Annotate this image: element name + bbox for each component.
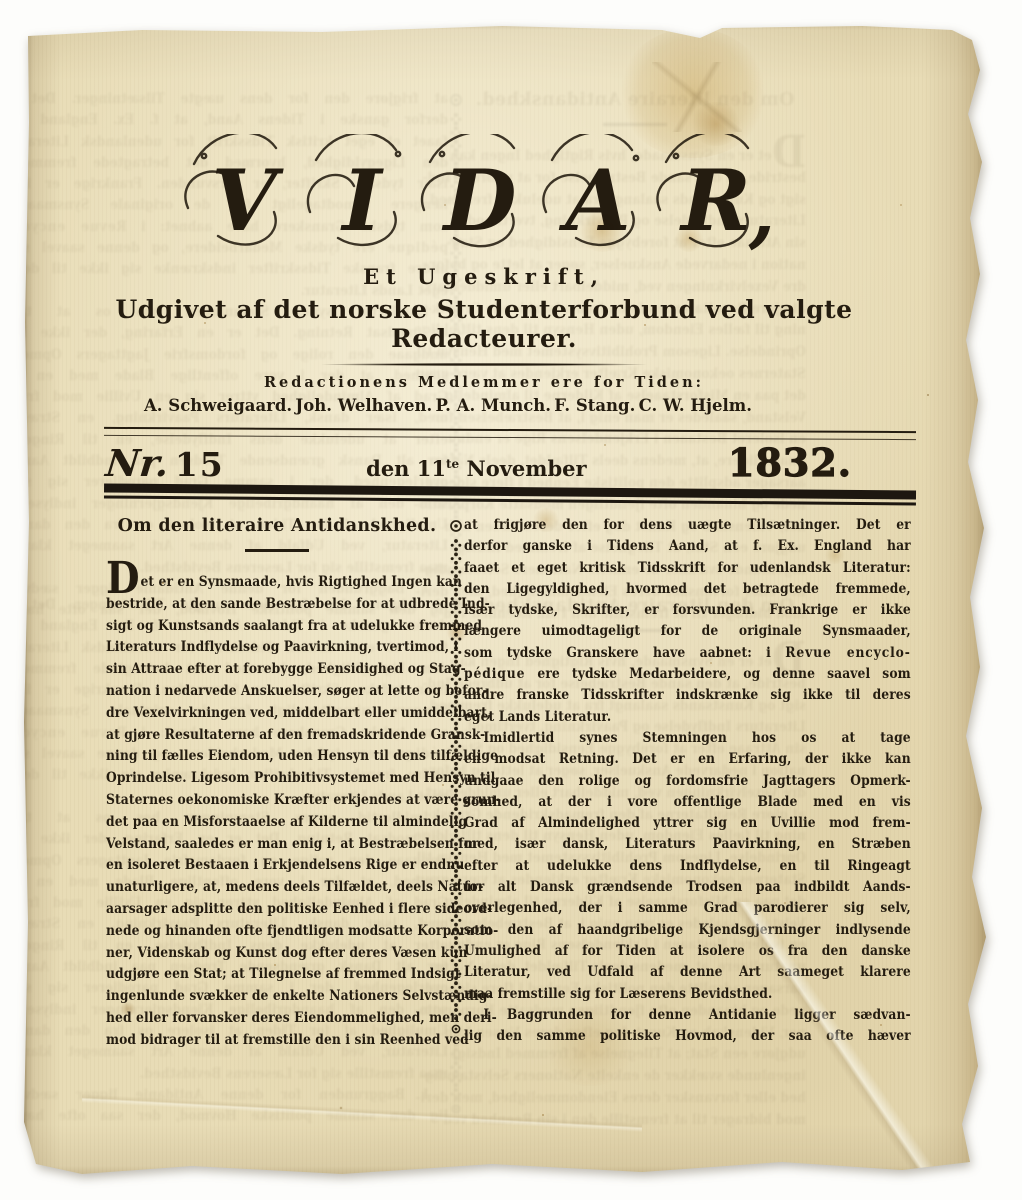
masthead-title-vidar: V I D A R , <box>184 134 784 260</box>
paper-specks <box>22 22 24 24</box>
text-line: aarsager adsplitte den politiske Eenhed … <box>106 899 448 921</box>
title-comma: , <box>748 167 775 256</box>
text-line: Det er en Synsmaade, hvis Rigtighed Inge… <box>106 567 448 594</box>
editor-name: P. A. Munch. <box>435 396 551 415</box>
issue-date-day: den 11 <box>366 456 446 481</box>
issue-date-ordinal: te <box>446 457 459 471</box>
text-line: overlegenhed, der i samme Grad parodiere… <box>464 898 911 919</box>
text-line: at frigjøre den for dens uægte Tilsætnin… <box>464 515 911 536</box>
article: Om den literaire Antidanskhed. Det er en… <box>106 515 862 1052</box>
text-line: ning til fælles Eiendom, uden Hensyn til… <box>106 746 448 768</box>
masthead-heavy-rule <box>104 483 916 505</box>
text-line: Umulighed af for Tiden at isolere os fra… <box>464 941 911 962</box>
editors-caption: Redactionens Medlemmer ere for Tiden: <box>106 374 862 391</box>
text-line: hed eller forvansker deres Eiendommeligh… <box>464 1088 806 1110</box>
editors-row: A. Schweigaard.Joh. Welhaven.P. A. Munch… <box>144 396 752 415</box>
text-line: efter at udelukke dens Indflydelse, en t… <box>464 856 911 877</box>
column-left-text: Det er en Synsmaade, hvis Rigtighed Inge… <box>106 567 448 1052</box>
text-line: udgjøre een Stat; at Tilegnelse af fremm… <box>106 964 448 986</box>
text-line: lig den samme politiske Hovmod, der saa … <box>464 1026 911 1047</box>
text-line: dre Vexelvirkningen ved, middelbart elle… <box>106 703 448 725</box>
text-line: det paa en Misforstaaelse af Kilderne ti… <box>106 812 448 834</box>
issue-date-month: November <box>459 456 586 481</box>
text-line: ner, Videnskab og Kunst dog efter deres … <box>106 943 448 965</box>
column-left: Om den literaire Antidanskhed. Det er en… <box>106 515 448 1052</box>
title-letter: V <box>211 151 284 250</box>
text-line: en isoleret Bestaaen i Erkjendelsens Rig… <box>106 855 448 877</box>
text-line: unaturligere, at, medens deels Tilfældet… <box>106 877 448 899</box>
issue-date: den 11te November <box>225 456 728 481</box>
text-line: med, især dansk, Literaturs Paavirkning,… <box>464 834 911 855</box>
title-letter: I <box>340 151 384 250</box>
column-right: at frigjøre den for dens uægte Tilsætnin… <box>464 515 911 1052</box>
header-double-rule <box>104 427 916 440</box>
text-line: eget Lands Literatur. <box>464 707 911 728</box>
editor-name: A. Schweigaard. <box>144 396 292 415</box>
text-line: I Baggrunden for denne Antidanie ligger … <box>1 1085 448 1106</box>
text-line: lig den samme politiske Hovmod, der saa … <box>1 1106 448 1127</box>
column-right-text: at frigjøre den for dens uægte Tilsætnin… <box>464 515 911 1047</box>
text-line: Staternes oekonomiske Kræfter erkjendes … <box>106 790 448 812</box>
text-line: den Ligegyldighed, hvormed det betragted… <box>464 579 911 600</box>
paper-deckle-edge <box>956 22 990 1182</box>
text-line: mod bidrager til at fremstille den i sin… <box>106 1030 448 1052</box>
paper-shadow-wrap: Om den literaire Antidanskhed. Det er en… <box>0 0 1022 1200</box>
issue-year: 1832. <box>728 440 852 485</box>
text-line: faaet et eget kritisk Tidsskrift for ude… <box>464 558 911 579</box>
drop-cap: D <box>106 553 139 604</box>
text-line: Velstand, saaledes er man enig i, at Bes… <box>106 834 448 856</box>
section-rule <box>319 363 649 366</box>
text-line: som tydske Granskere have aabnet: i Revu… <box>464 643 911 664</box>
title-letter: A <box>558 151 630 250</box>
text-line: Literaturs Indflydelse og Paavirkning, t… <box>106 637 448 659</box>
text-line: andre franske Tidsskrifter indskrænke si… <box>464 685 911 706</box>
text-line: nede og hinanden ofte fjendtligen modsat… <box>106 921 448 943</box>
text-line: for alt Dansk grændsende Trodsen paa ind… <box>464 877 911 898</box>
article-title: Om den literaire Antidanskhed. <box>106 516 448 536</box>
text-line: ingenlunde svækker de enkelte Nationers … <box>464 1066 806 1088</box>
text-line: somhed, at der i vore offentlige Blade m… <box>464 792 911 813</box>
page-content: V I D A R , Et Ugeskrift, Udgivet af det… <box>106 22 862 1052</box>
text-line: mod bidrager til at fremstille den i sin… <box>464 1110 806 1132</box>
text-line: Imidlertid synes Stemningen hos os at ta… <box>464 728 911 749</box>
subtitle: Et Ugeskrift, <box>106 264 862 289</box>
text-line: derfor ganske i Tidens Aand, at f. Ex. E… <box>464 536 911 557</box>
newspaper-page: Om den literaire Antidanskhed. Det er en… <box>22 22 990 1182</box>
text-line: pédique ere tydske Medarbeidere, og denn… <box>464 664 911 685</box>
issue-number: Nr.15 <box>106 441 225 485</box>
text-line: Literatur, ved Udfald af denne Art saame… <box>464 962 911 983</box>
paper-left-edge <box>22 22 34 1182</box>
text-line: en modsat Retning. Det er en Erfaring, d… <box>464 749 911 770</box>
text-line: undgaae den rolige og fordomsfrie Jagtta… <box>464 771 911 792</box>
text-line: bestride, at den sande Bestræbelse for a… <box>106 594 448 616</box>
text-line: at gjøre Resultaterne af den fremadskrid… <box>106 725 448 747</box>
text-line: som den af haandgribelige Kjendsgjerning… <box>464 920 911 941</box>
text-line: hed eller forvansker deres Eiendommeligh… <box>106 1008 448 1030</box>
editor-name: Joh. Welhaven. <box>295 396 432 415</box>
editor-name: F. Stang. <box>554 396 635 415</box>
editor-name: C. W. Hjelm. <box>639 396 752 415</box>
text-line: længere uimodtageligt for de originale S… <box>464 621 911 642</box>
text-line: sin Attraae efter at forebygge Eensidigh… <box>106 659 448 681</box>
text-line: især tydske, Skrifter, er forsvunden. Fr… <box>464 600 911 621</box>
publisher-line: Udgivet af det norske Studenterforbund v… <box>106 295 862 353</box>
text-line: Grad af Almindelighed yttrer sig en Uvil… <box>464 813 911 834</box>
text-line: nation i nedarvede Anskuelser, søger at … <box>106 681 448 703</box>
text-line: ingenlunde svækker de enkelte Nationers … <box>106 986 448 1008</box>
text-line: sigt og Kunstsands saalangt fra at udelu… <box>106 616 448 638</box>
text-line: maa fremstille sig for Læserens Bevidsth… <box>464 984 911 1005</box>
scanned-page-background: Om den literaire Antidanskhed. Det er en… <box>0 0 1022 1200</box>
crease <box>82 1082 642 1142</box>
paper-bottom-edge <box>22 1166 990 1182</box>
issue-number-value: 15 <box>175 445 225 484</box>
text-line: maa fremstille sig for Læserens Bevidsth… <box>1 1064 448 1085</box>
title-letter: D <box>442 151 517 250</box>
article-title-rule <box>245 549 309 552</box>
title-letter: R <box>679 151 751 250</box>
issue-number-abbr: Nr. <box>104 441 171 485</box>
text-line: Oprindelse. Ligesom Prohibitivsystemet m… <box>106 768 448 790</box>
issue-bar: Nr.15 den 11te November 1832. <box>106 440 862 484</box>
text-line: I Baggrunden for denne Antidanie ligger … <box>464 1005 911 1026</box>
